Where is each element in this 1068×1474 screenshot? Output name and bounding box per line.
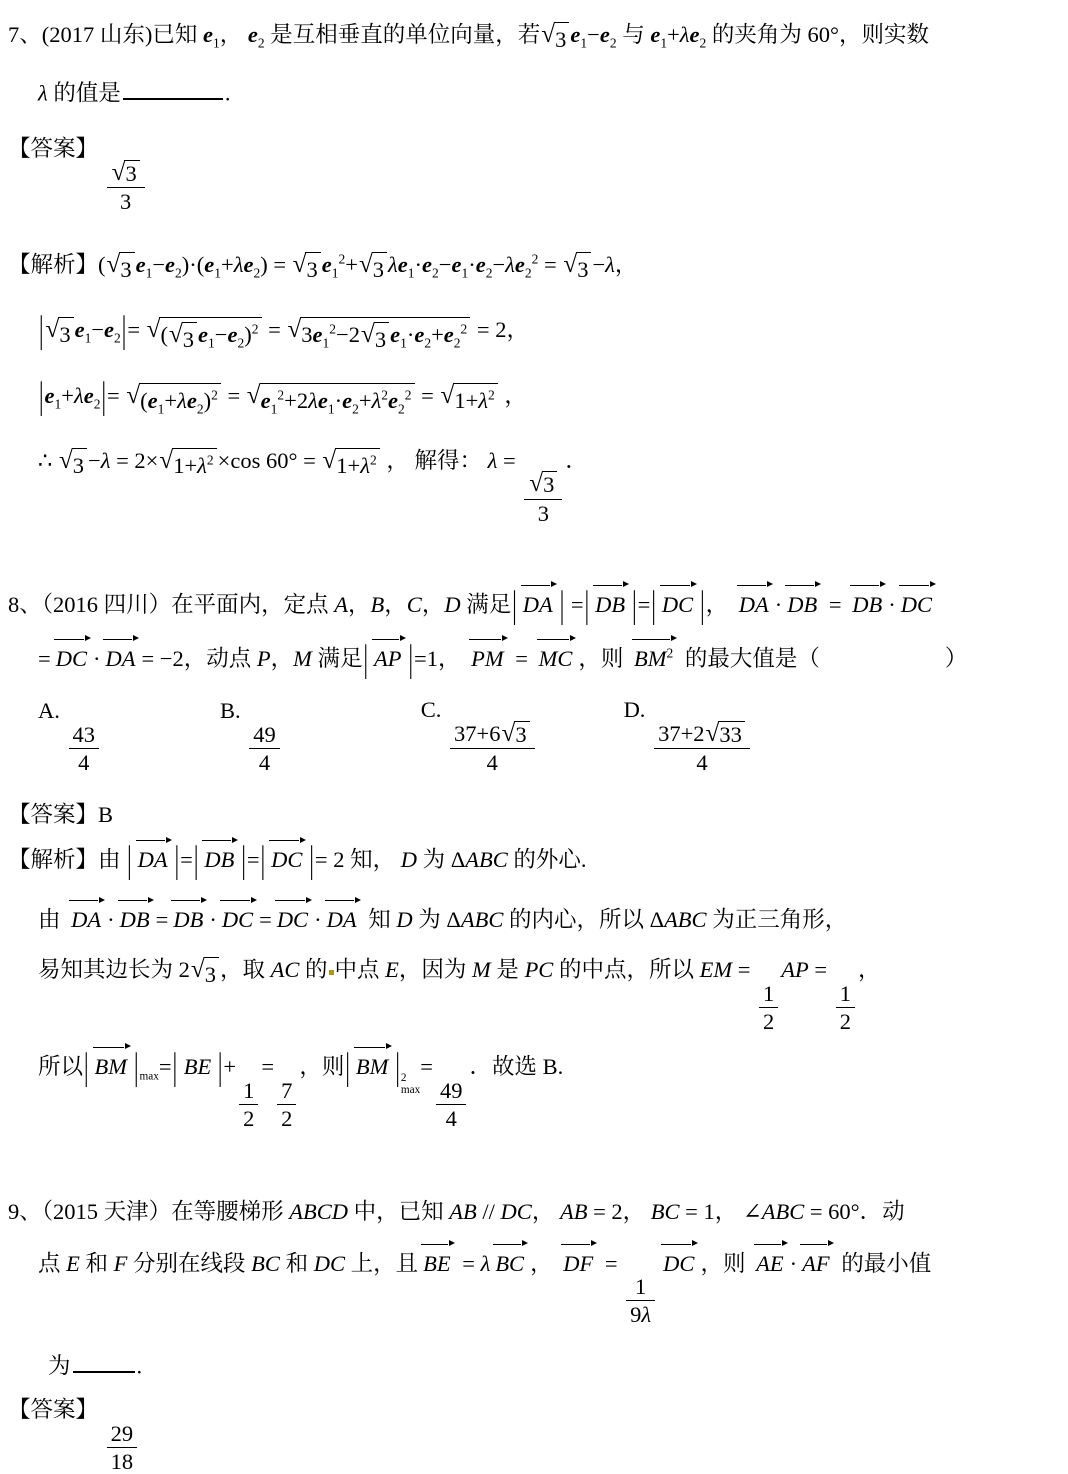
math-variable: λ [234,252,244,277]
math-variable: AF [802,1251,830,1276]
tall-bar: | [363,630,370,687]
radical-sign: √ [191,957,205,983]
fraction: √33 [524,471,562,526]
math-variable: λ [197,453,207,478]
math-variable: BM [95,1054,128,1079]
superscript: 2 [532,252,539,267]
radical-sign: √ [440,383,454,409]
math-bold-vector: e [228,322,238,347]
math-bold-vector: e [243,252,253,277]
subscript: 1 [146,266,153,281]
subscript: 1 [332,266,339,281]
math-variable: F [114,1251,128,1276]
superscript: 2 [211,387,218,402]
math-variable: EM [700,957,733,982]
fraction: 37+6√34 [450,721,535,776]
fraction: 37+2√334 [654,721,750,776]
math-variable: DA [739,592,769,617]
vector-overline-arrow: DB [202,843,236,877]
square-root: √3 [107,252,135,287]
vector-overline-arrow: BM2 [632,642,675,676]
superscript: 2 [329,322,336,337]
math-variable: ABCD [289,1199,348,1224]
fraction: 19λ [626,1274,655,1327]
superscript: 2 [488,387,495,402]
math-bold-vector: e [390,322,400,347]
radicand: 3 [58,317,73,352]
math-bold-vector: e [204,252,214,277]
radical-sign: √ [293,252,307,278]
math-bold-vector: e [84,383,94,408]
numerator: 7 [277,1078,296,1105]
radicand: e12+2λe1·e2+λ2e22 [260,383,415,418]
math-variable: DC [56,646,87,671]
math-bold-vector: e [398,252,408,277]
superscript: 2 [338,252,345,267]
math-variable: AB [560,1199,588,1224]
denominator: 4 [450,749,535,775]
math-variable: DC [662,592,693,617]
numerator: 1 [626,1274,655,1301]
option-c: C. 37+6√34 [421,693,538,775]
math-bold-vector: e [476,252,486,277]
problem-8-statement-line-2: =DC·DA= −2，动点 P，M 满足|AP|=1， PM = MC，则 BM… [38,642,1058,676]
square-root: √3 [529,471,557,497]
math-bold-vector: e [45,383,55,408]
math-variable: AE [756,1251,784,1276]
subscript: 2 [700,36,707,51]
math-variable: λ [308,388,318,413]
vector-overline-arrow: DC [899,588,934,622]
subscript: 1 [55,396,62,411]
math-variable: D [444,592,460,617]
vector-overline-arrow: DB [171,903,205,937]
square-root: √1+λ2 [159,448,216,483]
math-variable: λ [478,388,488,413]
vector-overline-arrow: DB [118,903,152,937]
subscript: 1 [328,401,335,416]
problem-8-solution-line-3: 易知其边长为 2√3，取 AC 的中点 E，因为 M 是 PC 的中点，所以 E… [38,953,1058,1034]
vector-overline-arrow: DA [521,588,555,622]
vector-overline-arrow: DB [593,588,627,622]
math-variable: λ [505,252,515,277]
math-variable: DC [663,1251,694,1276]
superscript: 2 [405,387,412,402]
option-d: D. 37+2√334 [624,693,753,775]
math-bold-vector: e [148,388,158,413]
vector-overline-arrow: DC [269,843,304,877]
vector-overline-arrow: BE [421,1247,453,1281]
tall-bar: | [193,832,200,889]
math-variable: λ [101,448,111,473]
math-bold-vector: e [136,252,146,277]
radical-sign: √ [706,721,720,747]
fraction: 72 [277,1078,296,1131]
subscript: 2 [398,401,405,416]
radicand: 3 [542,471,557,497]
numerator: 1 [836,981,855,1008]
problem-7-statement-line-2: λ 的值是. [38,75,1058,110]
subscript: 2 [114,331,121,346]
square-root: √3 [169,322,197,357]
numerator: 37+2√33 [654,721,750,749]
radical-sign: √ [359,252,373,278]
math-bold-vector: e [203,22,213,47]
math-variable: λ [38,80,48,105]
radical-sign: √ [147,317,161,343]
square-root: √3 [46,317,74,352]
radical-sign: √ [159,448,173,474]
math-variable: DB [120,907,150,932]
tall-bar: | [260,832,267,889]
radical-sign: √ [46,317,60,343]
math-variable: DB [595,592,625,617]
tall-bar: | [394,1038,401,1095]
vector-overline-arrow: DB [850,588,884,622]
math-variable: BE [178,1054,217,1079]
fraction: 12 [836,981,855,1034]
math-variable: λ [177,388,187,413]
subscript: 1 [214,266,221,281]
math-bold-vector: e [198,322,208,347]
superscript: 2 [277,387,284,402]
tall-bar: | [308,832,315,889]
subscript: 2 [486,266,493,281]
denominator: 3 [524,500,562,526]
numerator: 37+6√3 [450,721,535,749]
vector-overline-arrow: PM [469,642,506,676]
math-variable: ABC [664,907,707,932]
subscript: 1 [213,36,220,51]
subscript: 2 [94,396,101,411]
superscript: 2 [461,322,468,337]
stack-superscript: 2 [401,1072,420,1084]
math-bold-vector: e [444,322,454,347]
fraction: 494 [249,722,280,775]
tall-bar: | [559,576,566,633]
math-bold-vector: e [690,22,700,47]
tall-bar: | [83,1038,90,1095]
radical-sign: √ [563,252,577,278]
math-variable: MC [539,646,573,671]
problem-8-statement-line-1: 8、（2016 四川）在平面内，定点 A，B，C，D 满足|DA| =|DB|=… [8,588,1058,622]
denominator: 4 [249,749,280,775]
math-bold-vector: e [318,388,328,413]
fraction: 12 [239,1078,258,1131]
math-variable: AP [781,957,809,982]
subscript: 2 [610,36,617,51]
tall-bar: | [631,576,638,633]
vector-overline-arrow: DB [785,588,819,622]
math-bold-vector: e [342,388,352,413]
fraction: 12 [759,981,778,1034]
problem-8-solution-line-1: 【解析】由 |DA|=|DB|=|DC|= 2 知， D 为 ΔABC 的外心. [8,843,1058,877]
math-variable: DF [563,1251,593,1276]
radical-sign: √ [112,160,126,186]
tall-bar: | [408,630,415,687]
math-bold-vector: e [165,252,175,277]
math-bold-vector: e [104,317,114,342]
tall-bar: | [699,576,706,633]
superscript: 2 [370,452,377,467]
square-root: √e12+2λe1·e2+λ2e22 [247,383,415,418]
vector-overline-arrow: DA [325,903,359,937]
subscript: 1 [85,331,92,346]
radicand: 3 [204,957,219,992]
math-variable: E [385,957,399,982]
tall-bar: | [172,1038,179,1095]
denominator: 9λ [626,1301,655,1327]
square-root: √3 [191,957,219,992]
numerator: √3 [524,471,562,499]
math-bold-vector: e [388,388,398,413]
radical-sign: √ [59,448,73,474]
math-variable: DB [173,907,203,932]
square-root: √(√3e1−e2)2 [147,317,262,357]
math-variable: DC [277,907,308,932]
subscript: 2 [258,36,265,51]
numerator: 43 [69,722,100,749]
math-bold-vector: e [75,317,85,342]
denominator: 2 [759,1008,778,1034]
math-variable: BC [495,1251,524,1276]
subscript: 1 [400,336,407,351]
math-variable: B [371,592,385,617]
radicand: 1+λ2 [453,383,497,418]
math-variable: DA [523,592,553,617]
math-bold-vector: e [187,388,197,413]
superscript: 2 [207,452,214,467]
problem-8: 8、（2016 四川）在平面内，定点 A，B，C，D 满足|DA| =|DB|=… [8,588,1058,1131]
tall-bar: | [511,576,518,633]
numerator: 1 [239,1078,258,1105]
radicand: 1+λ2 [335,448,379,483]
stack-subscript: max [401,1084,420,1096]
math-variable: DC [314,1251,345,1276]
problem-7-solution-line-3: |e1+λe2|= √(e1+λe2)2 = √e12+2λe1·e2+λ2e2… [38,379,1058,418]
problem-8-solution-line-2: 由 DA·DB=DB·DC=DC·DA 知 D 为 ΔABC 的内心，所以 ΔA… [38,903,1058,937]
problem-7: 7、(2017 山东)已知 e1， e2 是互相垂直的单位向量，若√3e1−e2… [8,18,1058,526]
math-variable: λ [74,383,84,408]
math-variable: D [401,847,417,872]
math-variable: BC [251,1251,280,1276]
math-variable: DC [271,847,302,872]
math-bold-vector: e [451,252,461,277]
math-variable: DA [138,847,168,872]
problem-9-statement-line-1: 9、（2015 天津）在等腰梯形 ABCD 中，已知 AB // DC， AB … [8,1195,1058,1229]
math-variable: λ [372,388,382,413]
subscript: 2 [432,266,439,281]
denominator: 2 [277,1105,296,1131]
subscript: 2 [525,266,532,281]
problem-7-solution-line-1: 【解析】(√3e1−e2)·(e1+λe2) = √3e12+√3λe1·e2−… [8,248,1058,287]
math-variable: DC [901,592,932,617]
math-variable: BE [423,1251,451,1276]
radical-sign: √ [501,721,515,747]
vector-overline-arrow: MC [537,642,575,676]
math-variable: λ [481,1251,491,1276]
vector-overline-arrow: AF [800,1247,832,1281]
vector-overline-arrow: DA [136,843,170,877]
math-variable: DC [222,907,253,932]
square-root: √3 [59,448,87,483]
math-variable: PC [525,957,554,982]
numerator: √3 [107,160,145,188]
subscript-max: max [140,1070,159,1082]
radicand: 1+λ2 [172,448,216,483]
tall-bar: | [584,576,591,633]
worksheet-page: 7、(2017 山东)已知 e1， e2 是互相垂直的单位向量，若√3e1−e2… [0,0,1068,1474]
denominator: 2 [836,1008,855,1034]
radical-sign: √ [169,322,183,348]
fraction: 494 [436,1078,467,1131]
tall-bar: | [126,832,133,889]
math-variable: DB [204,847,234,872]
math-variable: BC [651,1199,680,1224]
vector-overline-arrow: DC [220,903,255,937]
square-root: √3 [541,22,569,57]
radicand: 3 [72,448,87,483]
math-variable: λ [680,22,690,47]
radical-sign: √ [541,22,555,48]
math-bold-vector: e [650,22,660,47]
math-variable: AB [449,1199,477,1224]
denominator: 4 [69,749,100,775]
problem-9: 9、（2015 天津）在等腰梯形 ABCD 中，已知 AB // DC， AB … [8,1195,1058,1474]
math-variable: BM [356,1054,389,1079]
math-variable: λ [360,453,370,478]
vector-overline-arrow: AP [372,642,404,676]
subscript: 1 [271,401,278,416]
problem-7-statement-line-1: 7、(2017 山东)已知 e1， e2 是互相垂直的单位向量，若√3e1−e2… [8,18,1058,57]
vector-overline-arrow: DC [660,588,695,622]
denominator: 4 [654,749,750,775]
square-root: √3 [563,252,591,287]
radicand: 3e12−2√3e1·e2+e22 [300,317,470,357]
radical-sign: √ [287,317,301,343]
math-bold-vector: e [261,388,271,413]
radicand: 3 [305,252,320,287]
subscript: 2 [175,266,182,281]
math-variable: ABC [762,1199,805,1224]
superscript: 2 [666,645,673,660]
square-root: √3 [293,252,321,287]
problem-7-solution-line-2: |√3e1−e2|= √(√3e1−e2)2 = √3e12−2√3e1·e2+… [38,313,1058,357]
vector-overline-arrow: BC [493,1247,526,1281]
answer-blank-underline [73,1348,135,1374]
radical-sign: √ [529,471,543,497]
problem-7-answer: 【答案】 √33 [8,132,1058,214]
radicand: 33 [718,721,745,747]
square-root: √3 [359,252,387,287]
tall-bar: | [344,1038,351,1095]
math-variable: AC [271,957,300,982]
tall-bar: | [133,1038,140,1095]
math-bold-vector: e [313,322,323,347]
math-variable: DB [787,592,817,617]
option-a: A. 434 [38,694,102,775]
vector-overline-arrow: BM [93,1050,130,1084]
subscript: 2 [197,401,204,416]
subscript: 1 [408,266,415,281]
math-variable: DC [501,1199,532,1224]
radicand: 3 [182,322,197,357]
radicand: 3 [554,22,569,57]
square-root: √(e1+λe2)2 [126,383,221,418]
math-variable: M [472,957,491,982]
fraction: √33 [107,160,145,215]
tall-bar: | [38,301,45,358]
subscript: 2 [352,401,359,416]
math-variable: AP [374,646,402,671]
math-variable: M [293,646,312,671]
radical-sign: √ [107,252,121,278]
radicand: 3 [372,252,387,287]
square-root: √3e12−2√3e1·e2+e22 [287,317,470,357]
math-variable: PM [471,646,504,671]
subscript: 2 [424,336,431,351]
radical-sign: √ [247,383,261,409]
math-variable: λ [488,448,498,473]
square-root: √1+λ2 [440,383,497,418]
radicand: (√3e1−e2)2 [159,317,261,357]
math-variable: λ [388,252,398,277]
subscript: 1 [660,36,667,51]
math-bold-vector: e [422,252,432,277]
tall-bar: | [38,367,45,424]
vector-overline-arrow: DA [103,642,137,676]
vector-overline-arrow: DC [54,642,89,676]
vector-overline-arrow: AE [754,1247,786,1281]
radicand: 3 [124,160,139,186]
numerator: 49 [436,1078,467,1105]
square-root: √3 [112,160,140,186]
math-variable: E [66,1251,80,1276]
problem-9-statement-line-3: 为. [48,1348,1058,1383]
math-variable: D [396,907,412,932]
tall-bar: | [121,301,128,358]
denominator: 2 [239,1105,258,1131]
fraction: 434 [69,722,100,775]
vector-overline-arrow: DC [661,1247,696,1281]
math-variable: DA [71,907,101,932]
square-root: √33 [706,721,745,747]
sup-sub-stack: 2max [401,1072,420,1097]
subscript: 1 [158,401,165,416]
denominator: 3 [107,188,145,214]
problem-8-options: A. 434 B. 494 C. 37+6√34 D. 37+2√334 [38,693,1058,775]
subscript: 2 [253,266,260,281]
math-variable: λ [605,252,615,277]
math-variable: BM [634,646,667,671]
vector-overline-arrow: DC [275,903,310,937]
answer-blank-underline [123,75,223,101]
math-bold-vector: e [600,22,610,47]
vector-overline-arrow: DF [561,1247,595,1281]
problem-8-answer: 【答案】B [8,798,1058,832]
math-variable: C [407,592,422,617]
denominator: 18 [107,1448,138,1474]
numerator: 1 [759,981,778,1008]
tall-bar: | [100,367,107,424]
math-bold-vector: e [248,22,258,47]
subscript: 1 [323,336,330,351]
math-bold-vector: e [515,252,525,277]
math-variable: P [257,646,271,671]
math-variable: ABC [465,847,508,872]
option-b: B. 494 [220,694,283,775]
math-bold-vector: e [414,322,424,347]
